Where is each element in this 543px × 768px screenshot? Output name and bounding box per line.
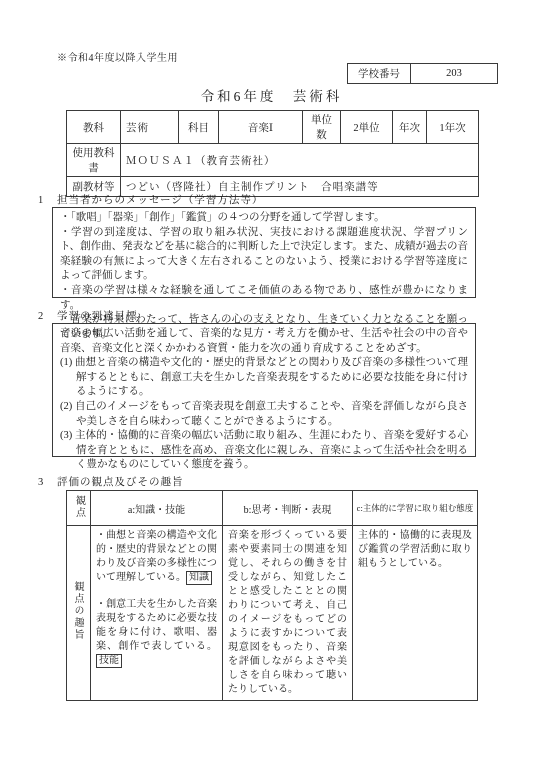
school-number-label: 学校番号 [348, 64, 411, 84]
syllabus-page: ※令和4年度以降入学生用 学校番号 203 令和6年度 芸術科 教科 芸術 科目… [0, 0, 543, 768]
knowledge-skill-cell: ・曲想と音楽の構造や文化的・歴史的背景などとの関わり及び音楽の多様性について理解… [91, 526, 223, 701]
textbook-label: 使用教科書 [67, 144, 121, 177]
table-row: 観点の趣旨 ・曲想と音楽の構造や文化的・歴史的背景などとの関わり及び音楽の多様性… [67, 526, 478, 701]
goals-intro: 音楽の幅広い活動を通して、音楽的な見方・考え方を働かせ、生活や社会の中の音や音楽… [60, 327, 468, 356]
table-row: 観点 a:知識・技能 b:思考・判断・表現 c:主体的に学習に取り組む態度 [67, 491, 478, 526]
section2-heading: 2学習の到達目標 [38, 308, 138, 323]
goal-item-text: 主体的・協働的に音楽の幅広い活動に取り組み、生涯にわたり、音楽を愛好する心情を育… [75, 430, 468, 470]
column-b-header: b:思考・判断・表現 [223, 491, 353, 526]
section3-heading: 3評価の観点及びその趣旨 [38, 474, 184, 489]
teacher-message-box: ・「歌唱」「器楽」「創作」「鑑賞」の４つの分野を通して学習します。 ・学習の到達… [52, 207, 476, 298]
goal-item: (2) 自己のイメージをもって音楽表現を創意工夫することや、音楽を評価しながら良… [60, 400, 468, 429]
criteria-text: 音楽を形づくっている要素や要素同士の関連を知覚し、それらの働きを甘受しながら、知… [228, 529, 347, 697]
criteria-text: ・創意工夫を生かした音楽表現をするために必要な技能を身に付け、歌唱、器楽、創作で… [96, 598, 217, 668]
table-row: 教科 芸術 科目 音楽Ⅰ 単位数 2単位 年次 1年次 [67, 111, 479, 144]
section3-number: 3 [38, 477, 57, 488]
section2-number: 2 [38, 311, 57, 322]
message-bullet: ・学習の到達度は、学習の取り組み状況、実技における課題進度状況、学習プリント、創… [60, 226, 468, 284]
goal-item-text: 曲想と音楽の構造や文化的・歴史的背景などとの関わり及び音楽の多様性ついて理解する… [75, 357, 468, 397]
course-value: 音楽Ⅰ [219, 111, 303, 144]
viewpoint-corner-label: 観点 [67, 491, 91, 526]
attitude-cell: 主体的・協働的に表現及び鑑賞の学習活動に取り組もうとしている。 [353, 526, 478, 701]
goal-item-number: (2) [60, 401, 72, 412]
section1-number: 1 [38, 195, 57, 206]
learning-goals-box: 音楽の幅広い活動を通して、音楽的な見方・考え方を働かせ、生活や社会の中の音や音楽… [52, 323, 476, 457]
section1-heading: 1担当者からのメッセージ（学習方法等） [38, 192, 263, 207]
course-info-table: 教科 芸術 科目 音楽Ⅰ 単位数 2単位 年次 1年次 使用教科書 ＭＯＵＳＡ１… [66, 110, 479, 197]
goal-item-text: 自己のイメージをもって音楽表現を創意工夫することや、音楽を評価しながら良さや美し… [75, 401, 468, 427]
thinking-judgment-cell: 音楽を形づくっている要素や要素同士の関連を知覚し、それらの働きを甘受しながら、知… [223, 526, 353, 701]
viewpoint-purpose-label: 観点の趣旨 [67, 526, 91, 701]
table-row: 使用教科書 ＭＯＵＳＡ１（教育芸術社） [67, 144, 479, 177]
knowledge-tag: 知識 [186, 571, 212, 585]
school-number-value: 203 [411, 64, 498, 84]
subject-label: 教科 [67, 111, 121, 144]
skill-tag: 技能 [96, 654, 122, 668]
year-label: 年次 [393, 111, 427, 144]
criteria-text: ・曲想と音楽の構造や文化的・歴史的背景などとの関わり及び音楽の多様性について理解… [96, 529, 217, 585]
textbook-value: ＭＯＵＳＡ１（教育芸術社） [121, 144, 479, 177]
spacer [96, 585, 217, 598]
column-c-header: c:主体的に学習に取り組む態度 [353, 491, 478, 526]
message-bullet: ・「歌唱」「器楽」「創作」「鑑賞」の４つの分野を通して学習します。 [60, 211, 468, 226]
section3-heading-text: 評価の観点及びその趣旨 [57, 477, 184, 488]
section2-heading-text: 学習の到達目標 [57, 311, 138, 322]
page-title: 令和6年度 芸術科 [0, 85, 543, 105]
evaluation-table: 観点 a:知識・技能 b:思考・判断・表現 c:主体的に学習に取り組む態度 観点… [66, 490, 478, 701]
goal-item-number: (1) [60, 357, 72, 368]
credits-value: 2単位 [341, 111, 393, 144]
applicability-note: ※令和4年度以降入学生用 [57, 49, 178, 64]
goal-item-number: (3) [60, 430, 72, 441]
course-label: 科目 [179, 111, 219, 144]
criteria-text: 主体的・協働的に表現及び鑑賞の学習活動に取り組もうとしている。 [358, 529, 472, 571]
school-number-table: 学校番号 203 [347, 63, 498, 84]
goal-item: (3) 主体的・協働的に音楽の幅広い活動に取り組み、生涯にわたり、音楽を愛好する… [60, 429, 468, 473]
year-value: 1年次 [427, 111, 479, 144]
column-a-header: a:知識・技能 [91, 491, 223, 526]
goal-item: (1) 曲想と音楽の構造や文化的・歴史的背景などとの関わり及び音楽の多様性ついて… [60, 356, 468, 400]
section1-heading-text: 担当者からのメッセージ（学習方法等） [57, 195, 263, 206]
credits-label: 単位数 [303, 111, 341, 144]
subject-value: 芸術 [121, 111, 179, 144]
